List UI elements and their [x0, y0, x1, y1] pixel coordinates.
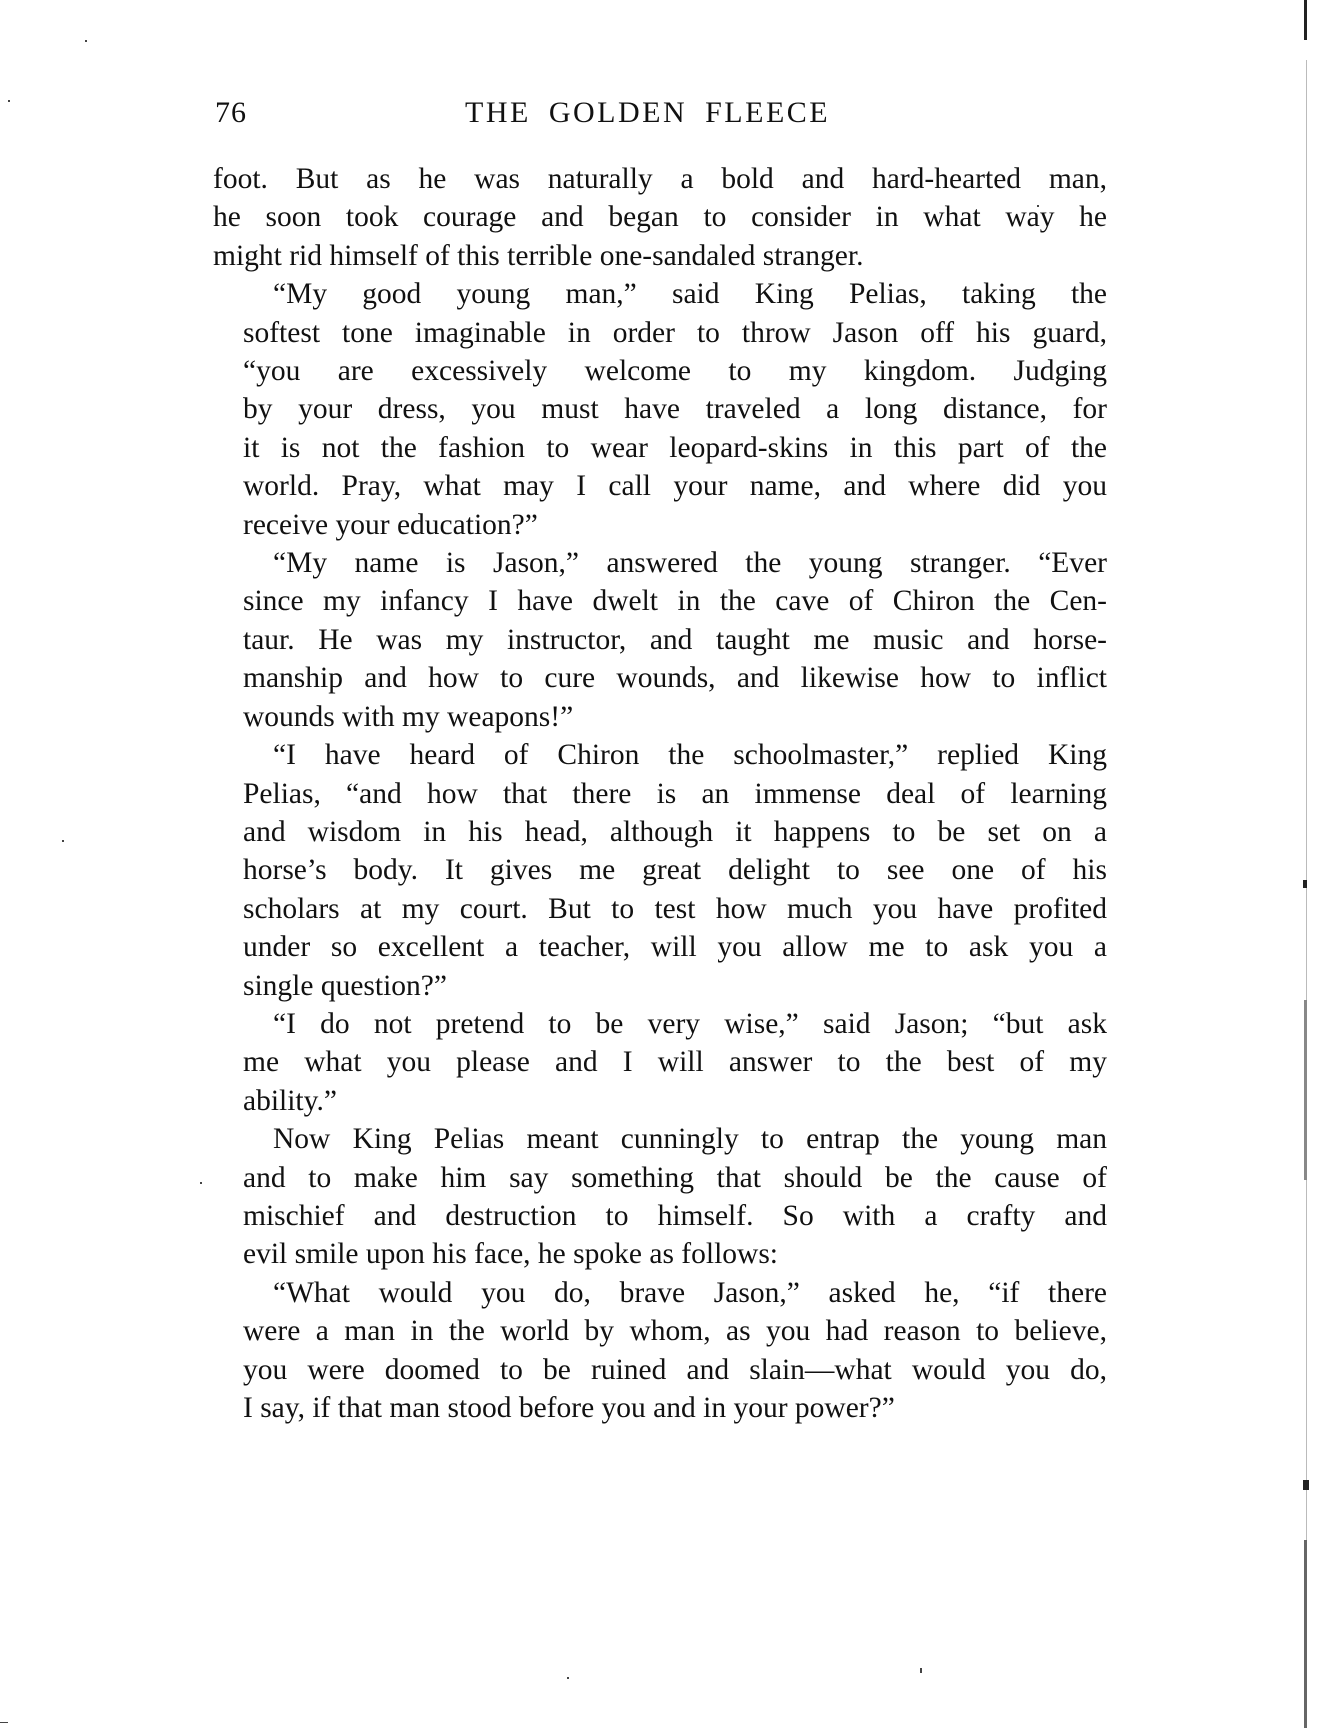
text-line: me what you please and I will answer to …: [213, 1043, 1107, 1081]
text-line: horse’s body. It gives me great delight …: [213, 851, 1107, 889]
running-head: 76 THE GOLDEN FLEECE: [215, 96, 1107, 136]
paragraph: “I have heard of Chiron the schoolmaster…: [213, 736, 1107, 1005]
text-line: “My good young man,” said King Pelias, t…: [213, 275, 1107, 313]
paragraph: “My good young man,” said King Pelias, t…: [213, 275, 1107, 544]
text-line: evil smile upon his face, he spoke as fo…: [213, 1235, 1107, 1273]
text-line: “What would you do, brave Jason,” asked …: [213, 1274, 1107, 1312]
text-line: “My name is Jason,” answered the young s…: [213, 544, 1107, 582]
text-line: by your dress, you must have traveled a …: [213, 390, 1107, 428]
text-line: and to make him say something that shoul…: [213, 1159, 1107, 1197]
text-line: wounds with my weapons!”: [213, 698, 1107, 736]
paragraph: foot. But as he was naturally a bold and…: [213, 160, 1107, 275]
text-line: mischief and destruction to himself. So …: [213, 1197, 1107, 1235]
text-line: you were doomed to be ruined and slain—w…: [213, 1351, 1107, 1389]
text-line: taur. He was my instructor, and taught m…: [213, 621, 1107, 659]
text-line: manship and how to cure wounds, and like…: [213, 659, 1107, 697]
text-line: “I have heard of Chiron the schoolmaster…: [213, 736, 1107, 774]
text-line: were a man in the world by whom, as you …: [213, 1312, 1107, 1350]
text-line: single question?”: [213, 967, 1107, 1005]
paragraph: “What would you do, brave Jason,” asked …: [213, 1274, 1107, 1428]
text-line: it is not the fashion to wear leopard-sk…: [213, 429, 1107, 467]
body-text: foot. But as he was naturally a bold and…: [213, 160, 1107, 1427]
text-line: he soon took courage and began to consid…: [213, 198, 1107, 236]
text-line: foot. But as he was naturally a bold and…: [213, 160, 1107, 198]
text-line: since my infancy I have dwelt in the cav…: [213, 582, 1107, 620]
text-line: “you are excessively welcome to my kingd…: [213, 352, 1107, 390]
book-page: 76 THE GOLDEN FLEECE foot. But as he was…: [0, 0, 1338, 1728]
text-line: softest tone imaginable in order to thro…: [213, 314, 1107, 352]
text-line: scholars at my court. But to test how mu…: [213, 890, 1107, 928]
text-line: Now King Pelias meant cunningly to entra…: [213, 1120, 1107, 1158]
text-line: ability.”: [213, 1082, 1107, 1120]
paragraph: Now King Pelias meant cunningly to entra…: [213, 1120, 1107, 1274]
text-line: might rid himself of this terrible one-s…: [213, 237, 1107, 275]
text-line: “I do not pretend to be very wise,” said…: [213, 1005, 1107, 1043]
running-title: THE GOLDEN FLEECE: [465, 96, 830, 130]
paragraph: “I do not pretend to be very wise,” said…: [213, 1005, 1107, 1120]
paragraph: “My name is Jason,” answered the young s…: [213, 544, 1107, 736]
text-line: receive your education?”: [213, 506, 1107, 544]
text-line: I say, if that man stood before you and …: [213, 1389, 1107, 1427]
text-line: under so excellent a teacher, will you a…: [213, 928, 1107, 966]
text-line: and wisdom in his head, although it happ…: [213, 813, 1107, 851]
scan-edge-shadow: [1300, 0, 1322, 1728]
page-number: 76: [215, 96, 247, 130]
text-line: world. Pray, what may I call your name, …: [213, 467, 1107, 505]
text-line: Pelias, “and how that there is an immens…: [213, 775, 1107, 813]
